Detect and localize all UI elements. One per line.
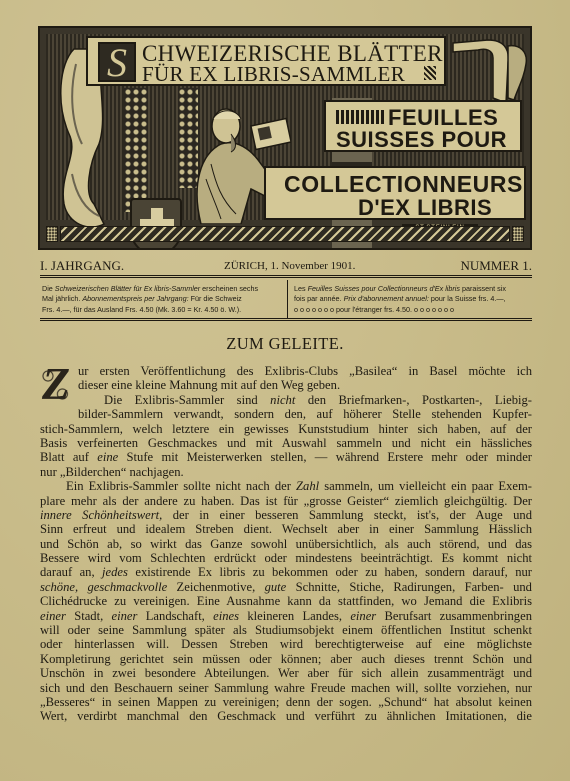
text-line: darauf an, jedes existirende Ex libris z… bbox=[40, 565, 532, 579]
title-banner-german: S CHWEIZERISCHE BLÄTTER FÜR EX LIBRIS-SA… bbox=[86, 36, 446, 86]
article-body: ur ersten Veröffentlichung des Exlibris-… bbox=[40, 364, 532, 724]
subscription-info: Die Schweizerischen Blätter für Ex libri… bbox=[40, 280, 532, 319]
text-line: und Schön ab, so wirkt das Ganze sowohl … bbox=[40, 537, 532, 551]
title-line: D'EX LIBRIS bbox=[358, 197, 492, 219]
text-line: innere Schönheitswert, der in einer bess… bbox=[40, 508, 532, 522]
magazine-page: S CHWEIZERISCHE BLÄTTER FÜR EX LIBRIS-SA… bbox=[0, 0, 570, 781]
masthead-illustration: S CHWEIZERISCHE BLÄTTER FÜR EX LIBRIS-SA… bbox=[38, 26, 532, 250]
text-line: Sinn erfreut und idealem Streben dient. … bbox=[40, 522, 532, 536]
column-divider bbox=[287, 280, 288, 319]
divider bbox=[40, 275, 532, 278]
text-line: nur „Bilderchen“ nachjagen. bbox=[40, 465, 532, 479]
ornament-icon bbox=[336, 110, 384, 124]
text-line: Kompletirung gerichtet sein müssen oder … bbox=[40, 652, 532, 666]
issue-line: I. JAHRGANG. ZÜRICH, 1. November 1901. N… bbox=[40, 256, 532, 274]
title-line: SUISSES POUR bbox=[336, 129, 507, 151]
text-line: plare mehr als der andere zu haben. Das … bbox=[40, 494, 532, 508]
place-date: ZÜRICH, 1. November 1901. bbox=[224, 260, 355, 272]
text-line: Ein Exlibris-Sammler sollte nicht nach d… bbox=[40, 479, 532, 493]
article-title: ZUM GELEITE. bbox=[0, 334, 570, 354]
text-line: will oder seine Sammlung später als Stud… bbox=[40, 623, 532, 637]
title-banner-french-1: FEUILLES SUISSES POUR bbox=[324, 100, 522, 152]
striped-border bbox=[60, 226, 510, 242]
subscription-french: Les Feuilles Suisses pour Collectionneur… bbox=[294, 284, 530, 315]
swiss-shield-icon bbox=[130, 198, 182, 250]
text-line: Blatt auf eine Stufe mit Meisterwerken s… bbox=[40, 450, 532, 464]
corner-ornament-icon bbox=[46, 226, 58, 242]
text-line: Clichédrucke zu vereinigen. Eine Ausnahm… bbox=[40, 594, 532, 608]
text-line: Basis verfeinerten Geschmackes und mit A… bbox=[40, 436, 532, 450]
title-line: COLLECTIONNEURS bbox=[284, 173, 523, 196]
text-line: dieser eine kleine Mahnung mit auf den W… bbox=[40, 378, 532, 392]
text-line: „Besseres“ in seinen Mappen zu vereinige… bbox=[40, 695, 532, 709]
title-line: FÜR EX LIBRIS-SAMMLER bbox=[142, 64, 405, 85]
ornament-icon bbox=[424, 66, 436, 80]
issue-number: NUMMER 1. bbox=[460, 258, 532, 274]
text-line: Die Exlibris-Sammler sind nicht den Brie… bbox=[40, 393, 532, 407]
text-line: Unschön in zwei besondere Abteilungen. W… bbox=[40, 666, 532, 680]
title-banner-french-2: COLLECTIONNEURS D'EX LIBRIS bbox=[264, 166, 526, 220]
text-line: sich und den Beschauern seiner Sammlung … bbox=[40, 681, 532, 695]
text-line: schöne, geschmackvolle Zeichenmotive, gu… bbox=[40, 580, 532, 594]
text-line: stich-Sammlern, welch letztere ein gewis… bbox=[40, 422, 532, 436]
roundel-window bbox=[124, 88, 148, 212]
title-line: FEUILLES bbox=[388, 107, 498, 129]
text-line: ur ersten Veröffentlichung des Exlibris-… bbox=[40, 364, 532, 378]
illuminated-initial: S bbox=[98, 42, 136, 82]
text-line: bilder-Sammlern verwandt, sondern den, a… bbox=[40, 407, 532, 421]
divider bbox=[40, 318, 532, 321]
corner-ornament-icon bbox=[512, 226, 524, 242]
text-line: Wert, verdirbt manchmal den Geschmack un… bbox=[40, 709, 532, 723]
text-line: Bessere wird vom Schlechten erdrückt ode… bbox=[40, 551, 532, 565]
text-line: oder hinterlassen will. Dessen Streben w… bbox=[40, 637, 532, 651]
subscription-german: Die Schweizerischen Blätter für Ex libri… bbox=[42, 284, 278, 315]
text-line: einer Stadt, einer Landschaft, eines kle… bbox=[40, 609, 532, 623]
volume-label: I. JAHRGANG. bbox=[40, 258, 124, 274]
scroll-ornament-icon bbox=[448, 38, 530, 108]
